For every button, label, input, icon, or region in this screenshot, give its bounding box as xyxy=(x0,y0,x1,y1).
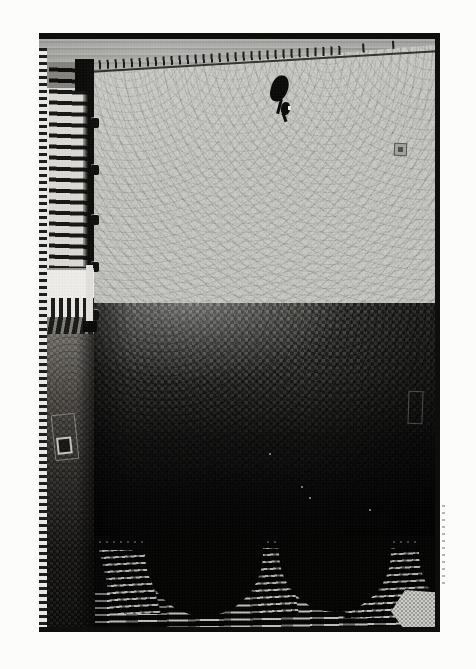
light-speck xyxy=(369,509,371,511)
railing-post xyxy=(91,215,99,225)
light-speck xyxy=(309,497,311,499)
shadowed-cobblestone-plaza xyxy=(87,303,435,536)
arcade-shadow-strip xyxy=(47,536,435,627)
drain-grate xyxy=(394,143,407,156)
photograph xyxy=(39,33,440,632)
railing-post xyxy=(91,165,99,175)
film-edge-marks xyxy=(442,505,445,587)
pavement-rectangle-outline xyxy=(407,391,423,425)
landing-post xyxy=(86,265,93,323)
bollard-post xyxy=(392,41,394,49)
edge-ladder-strip xyxy=(39,48,47,627)
photo-print-page xyxy=(0,0,476,669)
pedestrian-figure xyxy=(267,73,301,125)
light-speck xyxy=(269,453,271,455)
wall-object xyxy=(51,413,80,461)
sunlit-cobblestone-plaza xyxy=(94,45,435,303)
drain-grate-core xyxy=(398,147,403,152)
pedestrian-highlight xyxy=(288,106,291,110)
landing-post-base xyxy=(83,321,97,332)
wall-object-box xyxy=(56,436,73,454)
shaded-wall-strip xyxy=(47,334,94,627)
railing-post xyxy=(91,118,99,128)
light-speck xyxy=(301,486,303,488)
bollard-post xyxy=(362,44,365,53)
